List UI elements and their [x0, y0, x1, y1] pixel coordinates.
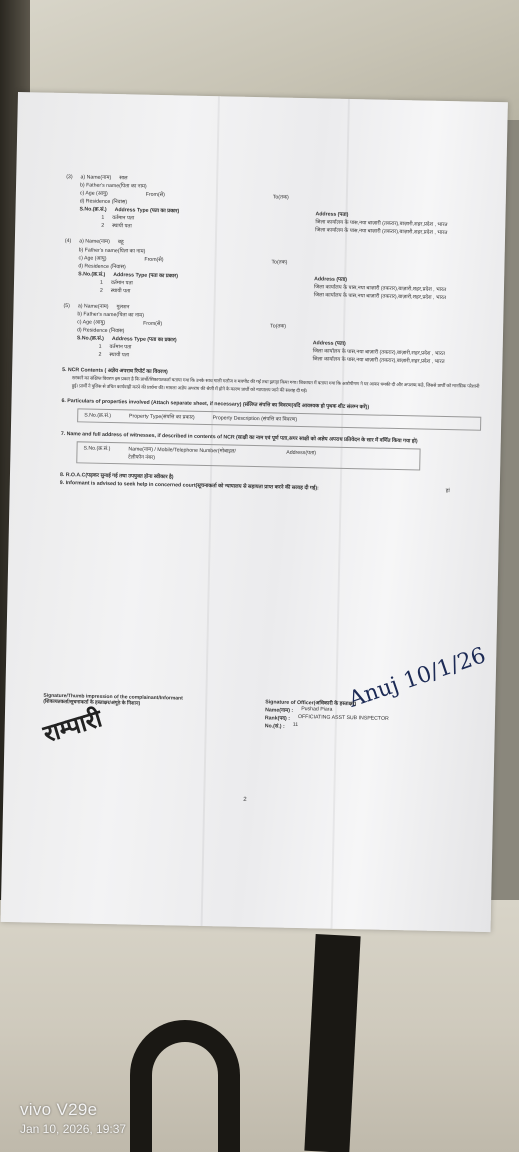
name-label: a) Name(नाम) — [79, 238, 110, 247]
property-description-label: Property Description (संपत्ति का विवरण) — [213, 414, 298, 424]
address-type: स्थायी पता — [111, 287, 131, 295]
address-type: स्थायी पता — [112, 222, 132, 230]
person-number: (5) — [63, 302, 70, 310]
to-label: To(तक) — [271, 258, 287, 266]
sno-label: S.No.(क्र.सं.) — [84, 412, 111, 421]
address-sno: 1 — [100, 279, 103, 287]
address-sno: 2 — [101, 222, 104, 230]
properties-section: 6. Particulars of properties involved (A… — [61, 397, 481, 431]
advice-answer: हां — [446, 487, 450, 495]
address-sno: 1 — [99, 343, 102, 351]
complainant-signature-label: Signature/Thumb impression of the compla… — [43, 693, 183, 708]
capture-datetime: Jan 10, 2026, 19:37 — [20, 1122, 126, 1136]
sno-label: S.No.(क्र.सं.) — [79, 206, 106, 215]
sno-label: S.No.(क्र.सं.) — [77, 334, 104, 343]
from-label: From(से) — [143, 320, 162, 328]
document-body: (3)a) Name(नाम)साल b) Father's name(पिता… — [60, 173, 486, 496]
address-sno: 2 — [100, 287, 103, 295]
address-type: स्थायी पता — [109, 351, 129, 359]
witnesses-section: 7. Name and full address of witnesses, i… — [60, 430, 481, 472]
ncr-section: 5. NCR Contents ( अज्ञेय अपराध रिपोर्ट क… — [62, 366, 482, 398]
name-value: गुलशन — [116, 303, 129, 311]
document-page: (3)a) Name(नाम)साल b) Father's name(पिता… — [1, 92, 508, 932]
person-number: (3) — [66, 173, 73, 181]
witness-name-label: Name(नाम) / Mobile/Telephone Number(मोबा… — [128, 446, 238, 464]
officer-no-label: No.(सं.) : — [265, 721, 285, 729]
page-number: 2 — [243, 797, 246, 803]
person-block-4: (4)a) Name(नाम)बहू b) Father's name(पिता… — [64, 237, 485, 302]
sno-label: S.No.(क्र.सं.) — [83, 445, 110, 462]
officer-no-value: 11 — [293, 722, 299, 730]
person-block-5: (5)a) Name(नाम)गुलशन b) Father's name(पि… — [62, 302, 483, 367]
property-type-label: Property Type(संपत्ति का प्रकार) — [129, 413, 195, 422]
officer-block: Signature of Officer(अधिकारी के हस्ताक्ष… — [265, 697, 466, 733]
to-label: To(तक) — [270, 322, 286, 330]
sno-label: S.No.(क्र.सं.) — [78, 270, 105, 279]
address-sno: 2 — [98, 351, 101, 359]
complainant-signature-block: Signature/Thumb impression of the compla… — [42, 693, 183, 745]
witnesses-table-header: S.No.(क्र.सं.) Name(नाम) / Mobile/Teleph… — [76, 442, 420, 471]
camera-model: vivo V29e — [20, 1100, 126, 1120]
from-label: From(से) — [146, 191, 165, 199]
name-value: बहू — [118, 239, 124, 247]
background-dark-shape — [130, 1020, 240, 1152]
age-label: c) Age (आयु) — [78, 254, 106, 263]
camera-watermark: vivo V29e Jan 10, 2026, 19:37 — [20, 1100, 126, 1136]
complainant-signature: राम्पारी — [39, 701, 106, 750]
to-label: To(तक) — [273, 193, 289, 201]
person-number: (4) — [65, 237, 72, 245]
person-block-3: (3)a) Name(नाम)साल b) Father's name(पिता… — [65, 173, 486, 238]
witness-address-label: Address(पता) — [286, 449, 316, 466]
name-value: साल — [119, 174, 128, 182]
from-label: From(से) — [144, 255, 163, 263]
address-sno: 1 — [101, 214, 104, 222]
